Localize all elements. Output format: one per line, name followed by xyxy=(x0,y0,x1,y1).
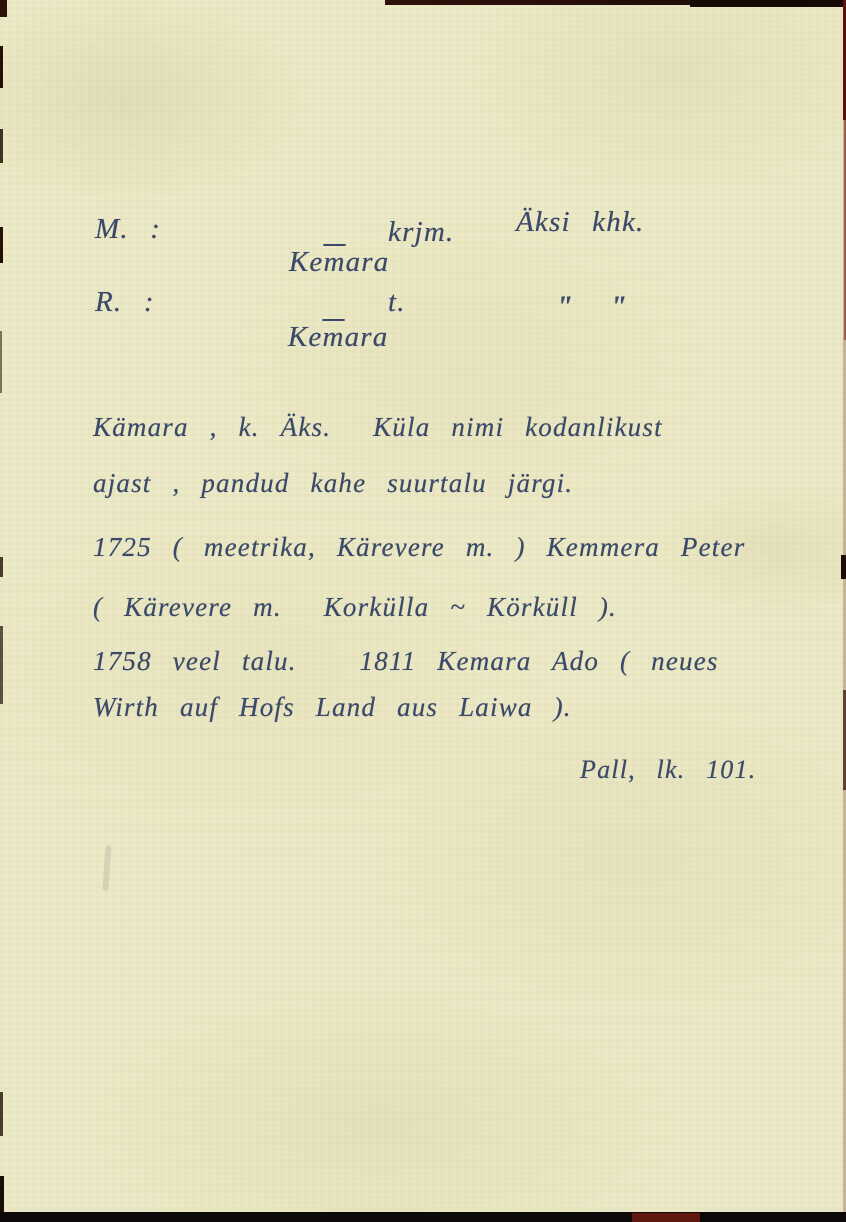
handwritten-line-5: 1758 veel talu. 1811 Kemara Ado ( neues xyxy=(93,646,719,677)
scan-edge-right-3 xyxy=(841,555,846,579)
scan-edge-left-3 xyxy=(0,227,3,263)
ditto-mark-left: " xyxy=(556,290,574,324)
scanned-index-card: M. : Kemara krjm. Äksi khk. R. : Kemara … xyxy=(0,0,846,1222)
row-r-name-prefix: Ke xyxy=(288,321,323,353)
scan-edge-left-4 xyxy=(0,331,2,393)
scan-edge-left-6 xyxy=(0,626,3,704)
row-r-abbreviation: t. xyxy=(388,286,406,319)
row-m-abbreviation: krjm. xyxy=(388,216,454,249)
row-m-parish: Äksi khk. xyxy=(516,206,644,239)
handwritten-line-1: Kämara , k. Äks. Küla nimi kodanlikust xyxy=(93,412,663,443)
row-m-name-prefix: Ke xyxy=(289,246,324,278)
row-m-name-macron: m xyxy=(323,246,345,278)
row-m-name-suffix: ara xyxy=(346,246,390,278)
handwritten-line-6: Wirth auf Hofs Land aus Laiwa ). xyxy=(93,692,572,723)
handwritten-line-4: ( Kärevere m. Korkülla ~ Körküll ). xyxy=(93,592,617,623)
ditto-mark-right: " xyxy=(610,290,628,324)
handwritten-line-2: ajast , pandud kahe suurtalu järgi. xyxy=(93,468,573,499)
row-r-label: R. : xyxy=(95,286,155,319)
scan-edge-left-5 xyxy=(0,557,3,577)
row-r-name: Kemara xyxy=(202,288,388,387)
paper-smudge xyxy=(102,845,111,891)
source-citation: Pall, lk. 101. xyxy=(580,755,756,785)
row-r-name-suffix: ara xyxy=(345,321,389,353)
handwritten-line-3: 1725 ( meetrika, Kärevere m. ) Kemmera P… xyxy=(93,532,745,563)
scan-edge-left-2 xyxy=(0,129,3,163)
scan-edge-top-right xyxy=(690,0,846,7)
scan-edge-bottom-red-patch xyxy=(632,1213,700,1222)
scan-edge-left-7 xyxy=(0,1092,3,1136)
row-m-label: M. : xyxy=(95,213,161,246)
row-r-name-macron: m xyxy=(322,321,344,353)
scan-edge-bottom xyxy=(0,1212,846,1222)
scan-edge-top-left-corner xyxy=(0,0,7,17)
scan-edge-left-1 xyxy=(0,46,3,88)
